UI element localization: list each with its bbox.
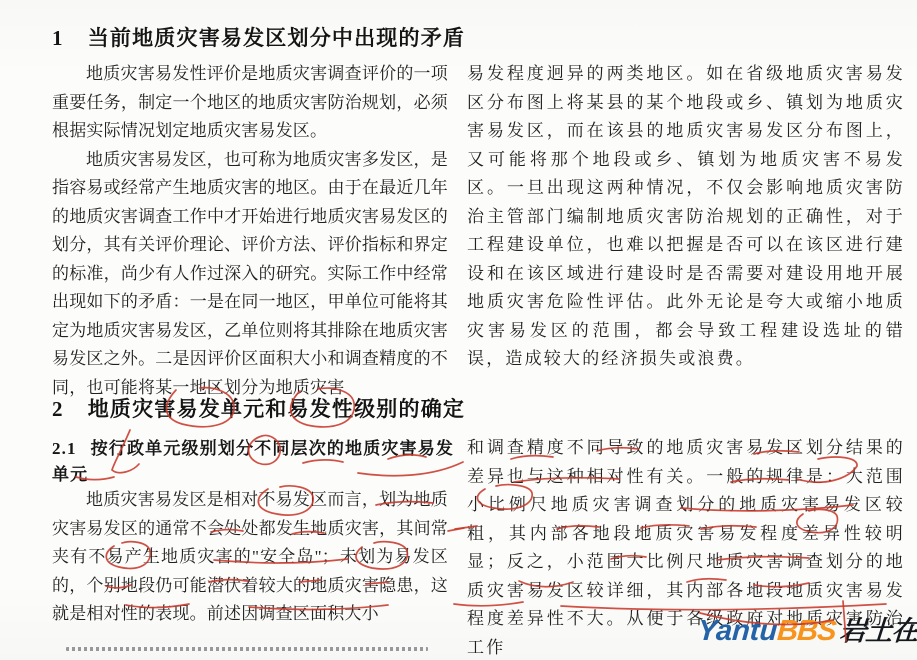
section-2-heading: 2地质灾害易发单元和易发性级别的确定 xyxy=(52,393,465,423)
section-1-title: 当前地质灾害易发区划分中出现的矛盾 xyxy=(88,26,465,50)
scanned-document-page: 1当前地质灾害易发区划分中出现的矛盾 地质灾害易发性评价是地质灾害调查评价的一项… xyxy=(0,0,917,660)
paragraph: 易发程度迥异的两类地区。如在省级地质灾害易发区分布图上将某县的某个地段或乡、镇划… xyxy=(467,60,905,374)
section-1-number: 1 xyxy=(52,26,64,51)
section-2-number: 2 xyxy=(52,397,64,422)
yantubbs-watermark: YantuBBS岩土在线 xyxy=(697,609,917,648)
paragraph: 地质灾害易发区，也可称为地质灾害多发区，是指容易或经常产生地质灾害的地区。由于在… xyxy=(52,146,448,403)
footnote-microprint xyxy=(66,647,428,651)
subsection-2-1-title: 按行政单元级别划分不同层次的地质灾害易发单元 xyxy=(52,439,454,484)
section-1-heading: 1当前地质灾害易发区划分中出现的矛盾 xyxy=(52,22,465,52)
paragraph: 地质灾害易发区是相对不易发区而言，划为地质灾害易发区的通常不会处处都发生地质灾害… xyxy=(52,486,448,629)
subsection-2-1-heading: 2.1按行政单元级别划分不同层次的地质灾害易发单元 xyxy=(52,436,454,488)
section-2-left-column: 地质灾害易发区是相对不易发区而言，划为地质灾害易发区的通常不会处处都发生地质灾害… xyxy=(52,486,448,629)
paragraph: 地质灾害易发性评价是地质灾害调查评价的一项重要任务，制定一个地区的地质灾害防治规… xyxy=(52,60,448,146)
subsection-2-1-number: 2.1 xyxy=(52,439,77,458)
section-1-left-column: 地质灾害易发性评价是地质灾害调查评价的一项重要任务，制定一个地区的地质灾害防治规… xyxy=(52,60,448,402)
watermark-chinese-text: 岩土在线 xyxy=(838,616,917,646)
section-2-title: 地质灾害易发单元和易发性级别的确定 xyxy=(88,397,465,421)
watermark-bbs-text: BBS xyxy=(776,615,836,647)
watermark-yantu-text: Yantu xyxy=(697,615,779,647)
section-1-right-column: 易发程度迥异的两类地区。如在省级地质灾害易发区分布图上将某县的某个地段或乡、镇划… xyxy=(467,60,905,374)
